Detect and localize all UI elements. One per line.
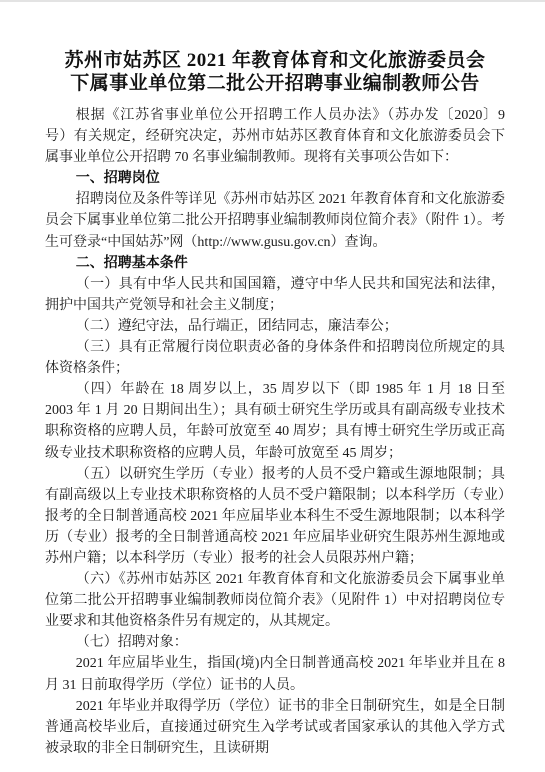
document-title: 苏州市姑苏区 2021 年教育体育和文化旅游委员会 下属事业单位第二批公开招聘事…: [45, 49, 505, 95]
condition-item-6: （六）《苏州市姑苏区 2021 年教育体育和文化旅游委员会下属事业单位第二批公开…: [45, 569, 505, 632]
condition-item-3: （三）具有正常履行岗位职责必备的身体条件和招聘岗位所规定的具体资格条件；: [45, 337, 505, 379]
condition-item-7: （七）招聘对象：: [45, 632, 505, 653]
document-title-line-1: 苏州市姑苏区 2021 年教育体育和文化旅游委员会: [45, 49, 505, 72]
section-heading-basic-conditions: 二、招聘基本条件: [45, 253, 505, 274]
page-number: 1: [270, 720, 276, 734]
condition-item-1: （一）具有中华人民共和国国籍，遵守中华人民共和国宪法和法律，拥护中国共产党领导和…: [45, 274, 505, 316]
fresh-graduate-definition-paragraph: 2021 年应届毕业生，指国(境)内全日制普通高校 2021 年毕业并且在 8 …: [45, 653, 505, 695]
page-footer: 1: [0, 721, 545, 734]
section-heading-recruitment-positions: 一、招聘岗位: [45, 168, 505, 189]
condition-item-4: （四）年龄在 18 周岁以上，35 周岁以下（即 1985 年 1 月 18 日…: [45, 379, 505, 463]
recruitment-positions-paragraph: 招聘岗位及条件等详见《苏州市姑苏区 2021 年教育体育和文化旅游委员会下属事业…: [45, 189, 505, 252]
intro-paragraph: 根据《江苏省事业单位公开招聘工作人员办法》（苏办发〔2020〕9 号）有关规定，…: [45, 105, 505, 168]
condition-item-2: （二）遵纪守法，品行端正，团结同志，廉洁奉公；: [45, 316, 505, 337]
condition-item-5: （五）以研究生学历（专业）报考的人员不受户籍或生源地限制；具有副高级以上专业技术…: [45, 464, 505, 569]
document-page: 苏州市姑苏区 2021 年教育体育和文化旅游委员会 下属事业单位第二批公开招聘事…: [0, 0, 545, 772]
document-title-line-2: 下属事业单位第二批公开招聘事业编制教师公告: [45, 72, 505, 95]
document-body: 根据《江苏省事业单位公开招聘工作人员办法》（苏办发〔2020〕9 号）有关规定，…: [45, 105, 505, 759]
